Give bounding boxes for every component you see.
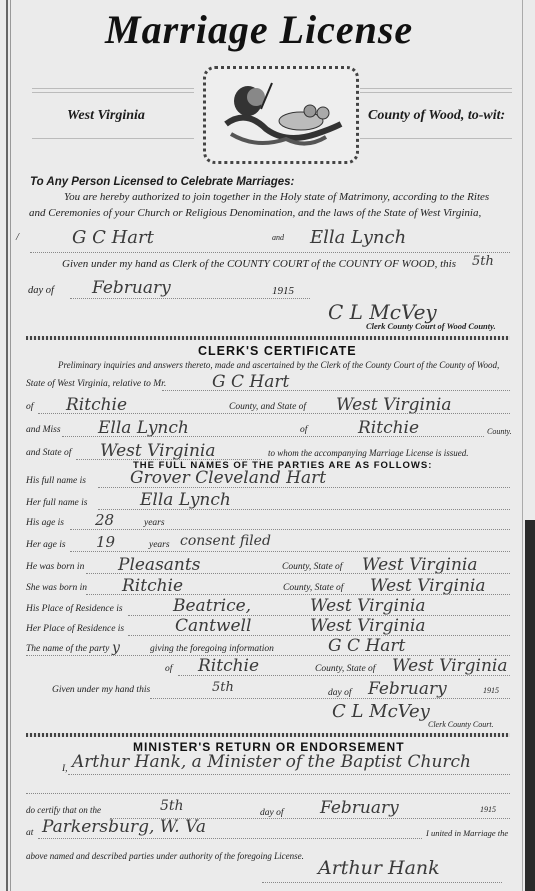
cert-day-of-label: day of — [328, 688, 351, 698]
his-full-name: Grover Cleveland Hart — [130, 468, 326, 488]
fill-line — [178, 675, 510, 676]
bride-name: Ella Lynch — [310, 227, 406, 248]
her-residence-label: Her Place of Residence is — [26, 624, 124, 634]
miss-of-label: of — [300, 425, 307, 435]
miss-label: and Miss — [26, 425, 61, 435]
cert-year: 1915 — [483, 686, 499, 695]
minister-signature: Arthur Hank — [318, 857, 440, 879]
her-age: 19 — [96, 533, 115, 551]
fill-line — [62, 436, 484, 437]
clerk-certificate-heading: CLERK'S CERTIFICATE — [198, 344, 357, 358]
informant-mid: County, State of — [315, 664, 375, 674]
divider — [32, 92, 194, 93]
marriage-license-document: Marriage License West Virginia County of… — [0, 0, 535, 891]
informant-of-label: of — [165, 664, 172, 674]
his-residence-label: His Place of Residence is — [26, 604, 123, 614]
fill-line — [98, 487, 510, 488]
certificate-intro: Preliminary inquiries and answers theret… — [58, 360, 499, 370]
divider — [360, 138, 512, 139]
license-year: 1915 — [272, 285, 294, 297]
her-age-years: years — [149, 540, 170, 550]
his-residence: Beatrice, — [173, 596, 251, 616]
cert-clerk-signature: C L McVey — [332, 701, 430, 722]
she-born-mid: County, State of — [283, 583, 343, 593]
divider — [32, 138, 194, 139]
minister-day-of-label: day of — [260, 808, 283, 818]
his-age: 28 — [95, 511, 114, 529]
he-born-state: West Virginia — [362, 555, 478, 575]
clerk-title: Clerk County Court of Wood County. — [366, 321, 496, 331]
given-day: 5th — [472, 254, 494, 269]
fill-line — [30, 252, 510, 253]
fill-line — [70, 529, 510, 530]
right-border — [522, 0, 523, 891]
document-title: Marriage License — [105, 6, 413, 53]
chain-divider — [26, 733, 510, 737]
fill-line — [86, 594, 510, 595]
informant-label2: giving the foregoing information — [150, 644, 274, 654]
fill-line — [162, 390, 510, 391]
her-full-name: Ella Lynch — [140, 490, 231, 510]
he-born-mid: County, State of — [282, 562, 342, 572]
license-body-line1: You are hereby authorized to join togeth… — [64, 191, 489, 203]
her-age-label: Her age is — [26, 540, 66, 550]
of-label: of — [26, 402, 33, 412]
mr-county: Ritchie — [66, 395, 127, 415]
line-marker: / — [16, 232, 19, 243]
she-born-state: West Virginia — [370, 576, 486, 596]
cert-month: February — [368, 679, 447, 699]
closing-text: above named and described parties under … — [26, 851, 304, 861]
marriage-place: Parkersburg, W. Va — [42, 817, 206, 837]
fill-line — [128, 635, 510, 636]
groom-name: G C Hart — [72, 227, 154, 248]
state-heading: West Virginia — [67, 108, 145, 124]
minister-statement: Arthur Hank, a Minister of the Baptist C… — [72, 752, 471, 772]
informant-state: West Virginia — [392, 656, 508, 676]
fill-line — [70, 298, 310, 299]
minister-year: 1915 — [480, 805, 496, 814]
fill-line — [70, 551, 510, 552]
miss-county: Ritchie — [358, 418, 419, 438]
cupid-doves-vignette-icon — [203, 66, 359, 164]
miss-state: West Virginia — [100, 441, 216, 461]
left-border-inner — [10, 0, 11, 891]
his-residence-state: West Virginia — [310, 596, 426, 616]
she-born-county: Ritchie — [122, 576, 183, 596]
given-text: Given under my hand as Clerk of the COUN… — [62, 258, 456, 270]
relative-label: State of West Virginia, relative to Mr. — [26, 379, 166, 389]
informant-suffix: y — [112, 640, 120, 656]
fill-line — [150, 698, 510, 699]
informant-county: Ritchie — [198, 656, 259, 676]
at-label: at — [26, 828, 33, 838]
informant-label: The name of the party — [26, 644, 109, 654]
scan-edge-shadow — [525, 520, 535, 891]
issued-text: to whom the accompanying Marriage Licens… — [268, 448, 468, 458]
consent-note: consent filed — [180, 533, 271, 549]
cert-given-label: Given under my hand this — [52, 685, 150, 695]
he-born-label: He was born in — [26, 562, 84, 572]
county-state-label: County, and State of — [229, 402, 306, 412]
minister-month: February — [320, 798, 399, 818]
fill-line — [38, 838, 422, 839]
his-age-years: years — [144, 518, 165, 528]
salutation: To Any Person Licensed to Celebrate Marr… — [30, 176, 294, 188]
cert-given-day: 5th — [212, 680, 234, 695]
she-born-label: She was born in — [26, 583, 87, 593]
fill-line — [38, 413, 510, 414]
minister-i-label: I, — [62, 764, 68, 774]
miss-name: Ella Lynch — [98, 418, 189, 438]
license-month: February — [92, 278, 171, 298]
and-state-label: and State of — [26, 448, 71, 458]
certify-label: do certify that on the — [26, 805, 101, 815]
mr-name: G C Hart — [212, 372, 289, 392]
fill-line — [86, 573, 510, 574]
chain-divider — [26, 336, 510, 340]
left-border — [6, 0, 8, 891]
informant-name: G C Hart — [328, 636, 405, 656]
her-residence-state: West Virginia — [310, 616, 426, 636]
fill-line — [98, 509, 510, 510]
day-of-label: day of — [28, 285, 54, 296]
county-label: County. — [487, 427, 512, 436]
fill-line — [68, 774, 510, 775]
his-age-label: His age is — [26, 518, 64, 528]
cert-clerk-title: Clerk County Court. — [428, 720, 494, 729]
divider — [32, 88, 194, 89]
her-residence: Cantwell — [175, 616, 251, 636]
mr-state: West Virginia — [336, 395, 452, 415]
divider — [360, 88, 512, 89]
license-body-line2: and Ceremonies of your Church or Religio… — [29, 207, 481, 219]
his-full-name-label: His full name is — [26, 476, 86, 486]
united-text: I united in Marriage the — [426, 828, 508, 838]
signature-line — [262, 882, 502, 883]
he-born-county: Pleasants — [118, 555, 200, 575]
her-full-name-label: Her full name is — [26, 498, 87, 508]
minister-day: 5th — [160, 798, 184, 814]
and-label: and — [272, 233, 284, 242]
county-heading: County of Wood, to-wit: — [368, 108, 505, 124]
divider — [360, 92, 512, 93]
fill-line — [26, 793, 510, 794]
